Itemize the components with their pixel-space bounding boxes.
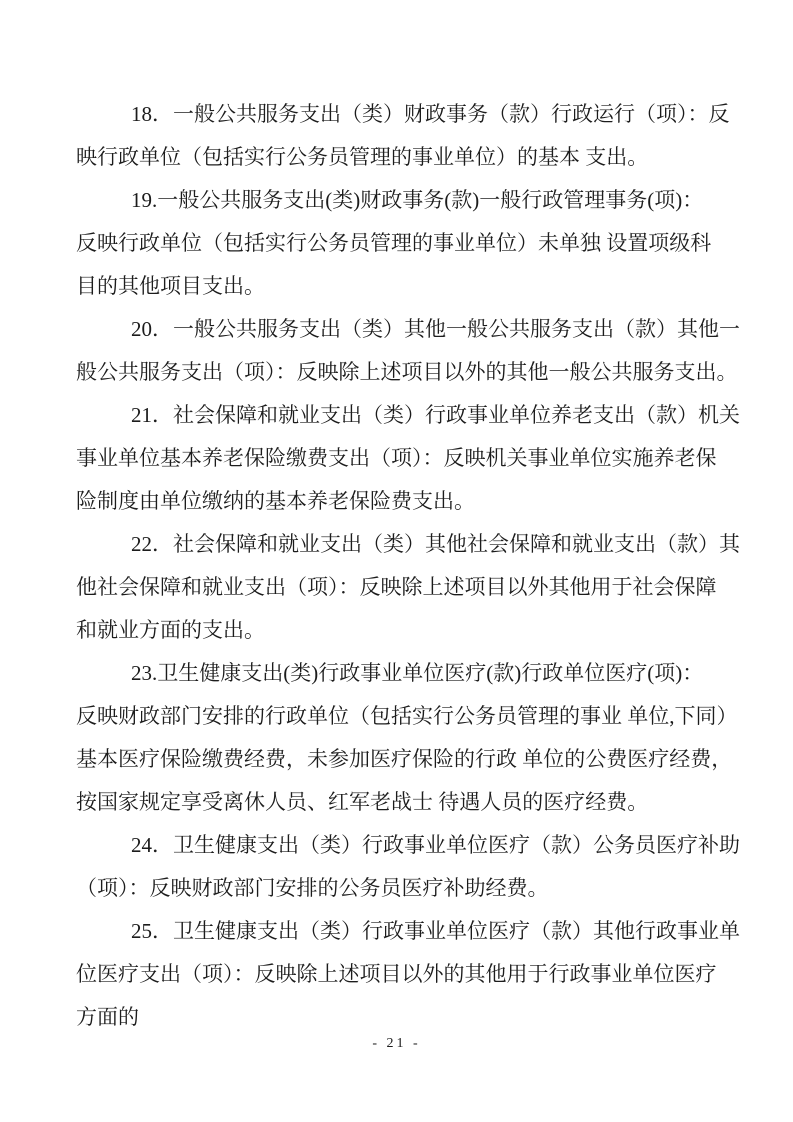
paragraph-21: 21．社会保障和就业支出（类）行政事业单位养老支出（款）机关 事业单位基本养老保… <box>76 394 750 523</box>
document-page: 18．一般公共服务支出（类）财政事务（款）行政运行（项）：反 映行政单位（包括实… <box>0 0 793 1122</box>
text-line: 般公共服务支出（项）：反映除上述项目以外的其他一般公共服务支出。 <box>76 351 750 394</box>
text-line: 事业单位基本养老保险缴费支出（项）：反映机关事业单位实施养老保 <box>76 437 750 480</box>
paragraph-23: 23.卫生健康支出(类)行政事业单位医疗(款)行政单位医疗(项)： 反映财政部门… <box>76 652 750 824</box>
text-line: 按国家规定享受离休人员、红军老战士 待遇人员的医疗经费。 <box>76 781 750 824</box>
paragraph-18: 18．一般公共服务支出（类）财政事务（款）行政运行（项）：反 映行政单位（包括实… <box>76 93 750 179</box>
document-body: 18．一般公共服务支出（类）财政事务（款）行政运行（项）：反 映行政单位（包括实… <box>76 93 750 1039</box>
text-line: 19.一般公共服务支出(类)财政事务(款)一般行政管理事务(项)： <box>76 179 750 222</box>
text-line: 22．社会保障和就业支出（类）其他社会保障和就业支出（款）其 <box>76 523 750 566</box>
text-line: 25．卫生健康支出（类）行政事业单位医疗（款）其他行政事业单 <box>76 910 750 953</box>
text-line: 反映行政单位（包括实行公务员管理的事业单位）未单独 设置项级科 <box>76 222 750 265</box>
text-line: 20．一般公共服务支出（类）其他一般公共服务支出（款）其他一 <box>76 308 750 351</box>
text-line: （项）：反映财政部门安排的公务员医疗补助经费。 <box>76 867 750 910</box>
text-line: 24．卫生健康支出（类）行政事业单位医疗（款）公务员医疗补助 <box>76 824 750 867</box>
text-line: 险制度由单位缴纳的基本养老保险费支出。 <box>76 480 750 523</box>
page-number: - 21 - <box>0 1034 793 1054</box>
paragraph-19: 19.一般公共服务支出(类)财政事务(款)一般行政管理事务(项)： 反映行政单位… <box>76 179 750 308</box>
text-line: 映行政单位（包括实行公务员管理的事业单位）的基本 支出。 <box>76 136 750 179</box>
text-line: 18．一般公共服务支出（类）财政事务（款）行政运行（项）：反 <box>76 93 750 136</box>
text-line: 反映财政部门安排的行政单位（包括实行公务员管理的事业 单位,下同） <box>76 695 750 738</box>
text-line: 和就业方面的支出。 <box>76 609 750 652</box>
paragraph-25: 25．卫生健康支出（类）行政事业单位医疗（款）其他行政事业单 位医疗支出（项）：… <box>76 910 750 1039</box>
text-line: 他社会保障和就业支出（项）：反映除上述项目以外其他用于社会保障 <box>76 566 750 609</box>
text-line: 23.卫生健康支出(类)行政事业单位医疗(款)行政单位医疗(项)： <box>76 652 750 695</box>
text-line: 方面的 <box>76 996 750 1039</box>
text-line: 目的其他项目支出。 <box>76 265 750 308</box>
text-line: 21．社会保障和就业支出（类）行政事业单位养老支出（款）机关 <box>76 394 750 437</box>
paragraph-22: 22．社会保障和就业支出（类）其他社会保障和就业支出（款）其 他社会保障和就业支… <box>76 523 750 652</box>
paragraph-24: 24．卫生健康支出（类）行政事业单位医疗（款）公务员医疗补助 （项）：反映财政部… <box>76 824 750 910</box>
paragraph-20: 20．一般公共服务支出（类）其他一般公共服务支出（款）其他一 般公共服务支出（项… <box>76 308 750 394</box>
text-line: 位医疗支出（项）：反映除上述项目以外的其他用于行政事业单位医疗 <box>76 953 750 996</box>
text-line: 基本医疗保险缴费经费，未参加医疗保险的行政 单位的公费医疗经费， <box>76 738 750 781</box>
